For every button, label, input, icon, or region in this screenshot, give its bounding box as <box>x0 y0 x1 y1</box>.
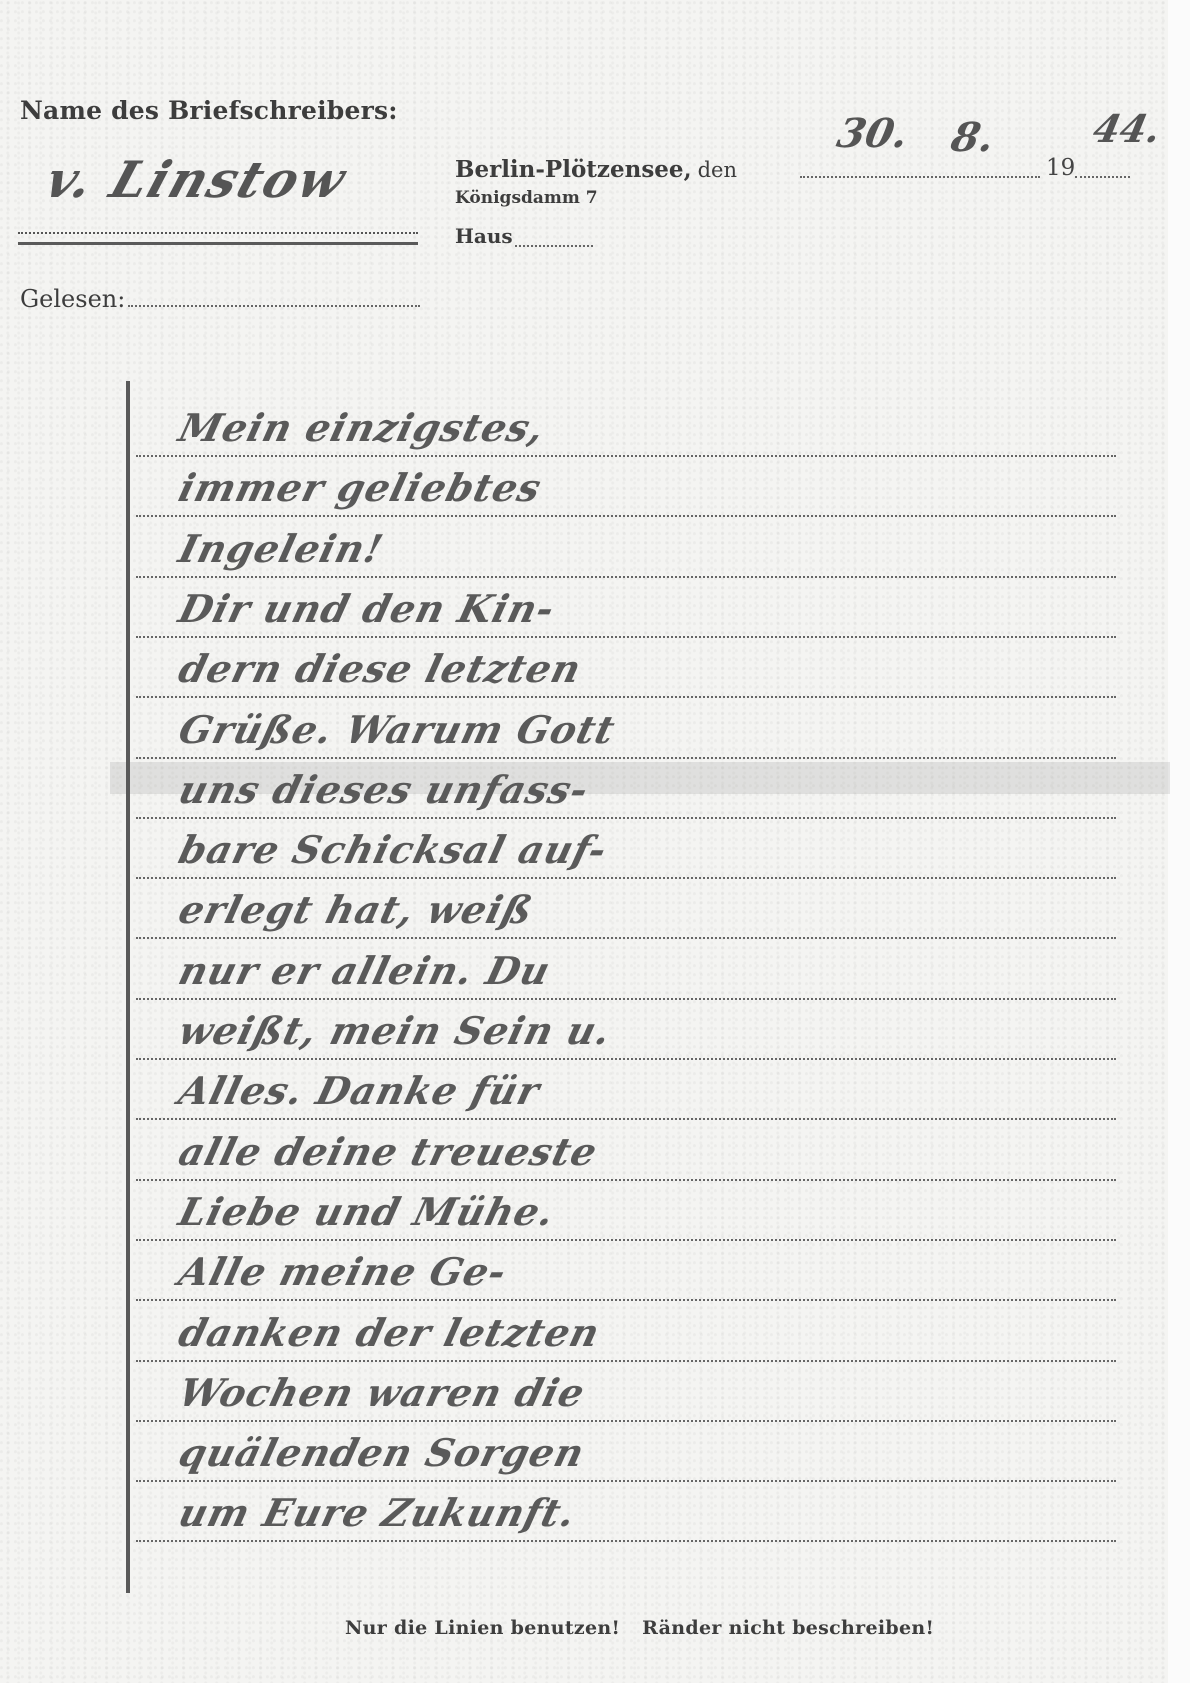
ruled-line <box>136 937 1116 939</box>
handwritten-line: Ingelein! <box>174 526 1165 571</box>
left-margin-line <box>126 381 130 1593</box>
handwritten-line: Liebe und Mühe. <box>174 1189 1165 1234</box>
haus-dotted-line <box>515 245 593 247</box>
scan-edge <box>1168 0 1190 1683</box>
handwritten-line: Grüße. Warum Gott <box>174 707 1165 752</box>
ruled-line <box>136 998 1116 1000</box>
ruled-line <box>136 757 1116 759</box>
ruled-line <box>136 1480 1116 1482</box>
ruled-line <box>136 696 1116 698</box>
signature-underline <box>18 242 418 245</box>
read-by-dotted-line <box>128 305 420 307</box>
ruled-line <box>136 1360 1116 1362</box>
year-dotted-line <box>1075 176 1130 178</box>
ruled-line <box>136 455 1116 457</box>
ruled-line <box>136 1118 1116 1120</box>
ruled-line <box>136 817 1116 819</box>
handwritten-line: nur er allein. Du <box>174 948 1165 993</box>
date-year: 44. <box>1089 106 1165 151</box>
handwritten-line: Alles. Danke für <box>174 1068 1165 1113</box>
ruled-line <box>136 1420 1116 1422</box>
place-line: Berlin-Plötzensee,den <box>455 156 737 183</box>
handwritten-line: Dir und den Kin- <box>174 586 1165 631</box>
date-day: 30. <box>833 110 913 157</box>
street-address: Königsdamm 7 <box>455 188 598 208</box>
writer-signature: v. Linstow <box>38 150 354 209</box>
footer-rule-lines: Nur die Linien benutzen! <box>345 1617 620 1639</box>
handwritten-line: Wochen waren die <box>174 1370 1165 1415</box>
ruled-line <box>136 1058 1116 1060</box>
handwritten-line: bare Schicksal auf- <box>174 827 1165 872</box>
ruled-line <box>136 1179 1116 1181</box>
writer-name-label: Name des Briefschreibers: <box>20 96 398 125</box>
haus-label: Haus <box>455 224 513 248</box>
handwritten-line: weißt, mein Sein u. <box>174 1008 1165 1053</box>
date-dotted-line <box>800 176 1040 178</box>
handwritten-line: um Eure Zukunft. <box>174 1490 1165 1535</box>
ruled-line <box>136 636 1116 638</box>
handwritten-line: quälenden Sorgen <box>174 1430 1165 1475</box>
ruled-line <box>136 877 1116 879</box>
year-prefix: 19 <box>1046 155 1075 181</box>
handwritten-line: erlegt hat, weiß <box>174 887 1165 932</box>
footer-instructions: Nur die Linien benutzen!Ränder nicht bes… <box>345 1617 934 1639</box>
place-name: Berlin-Plötzensee, <box>455 156 692 183</box>
handwritten-line: immer geliebtes <box>174 465 1165 510</box>
signature-dotted-line <box>18 232 418 234</box>
footer-rule-margins: Ränder nicht beschreiben! <box>642 1617 934 1639</box>
ruled-line <box>136 1540 1116 1542</box>
read-by-label: Gelesen: <box>20 285 125 313</box>
handwritten-line: Alle meine Ge- <box>174 1249 1165 1294</box>
handwritten-line: uns dieses unfass- <box>174 767 1165 812</box>
ruled-line <box>136 515 1116 517</box>
ruled-line <box>136 1239 1116 1241</box>
handwritten-line: dern diese letzten <box>174 646 1165 691</box>
handwritten-line: Mein einzigstes, <box>174 405 1165 450</box>
ruled-line <box>136 576 1116 578</box>
place-den: den <box>698 158 737 182</box>
handwritten-line: alle deine treueste <box>174 1129 1165 1174</box>
ruled-line <box>136 1299 1116 1301</box>
handwritten-line: danken der letzten <box>174 1310 1165 1355</box>
